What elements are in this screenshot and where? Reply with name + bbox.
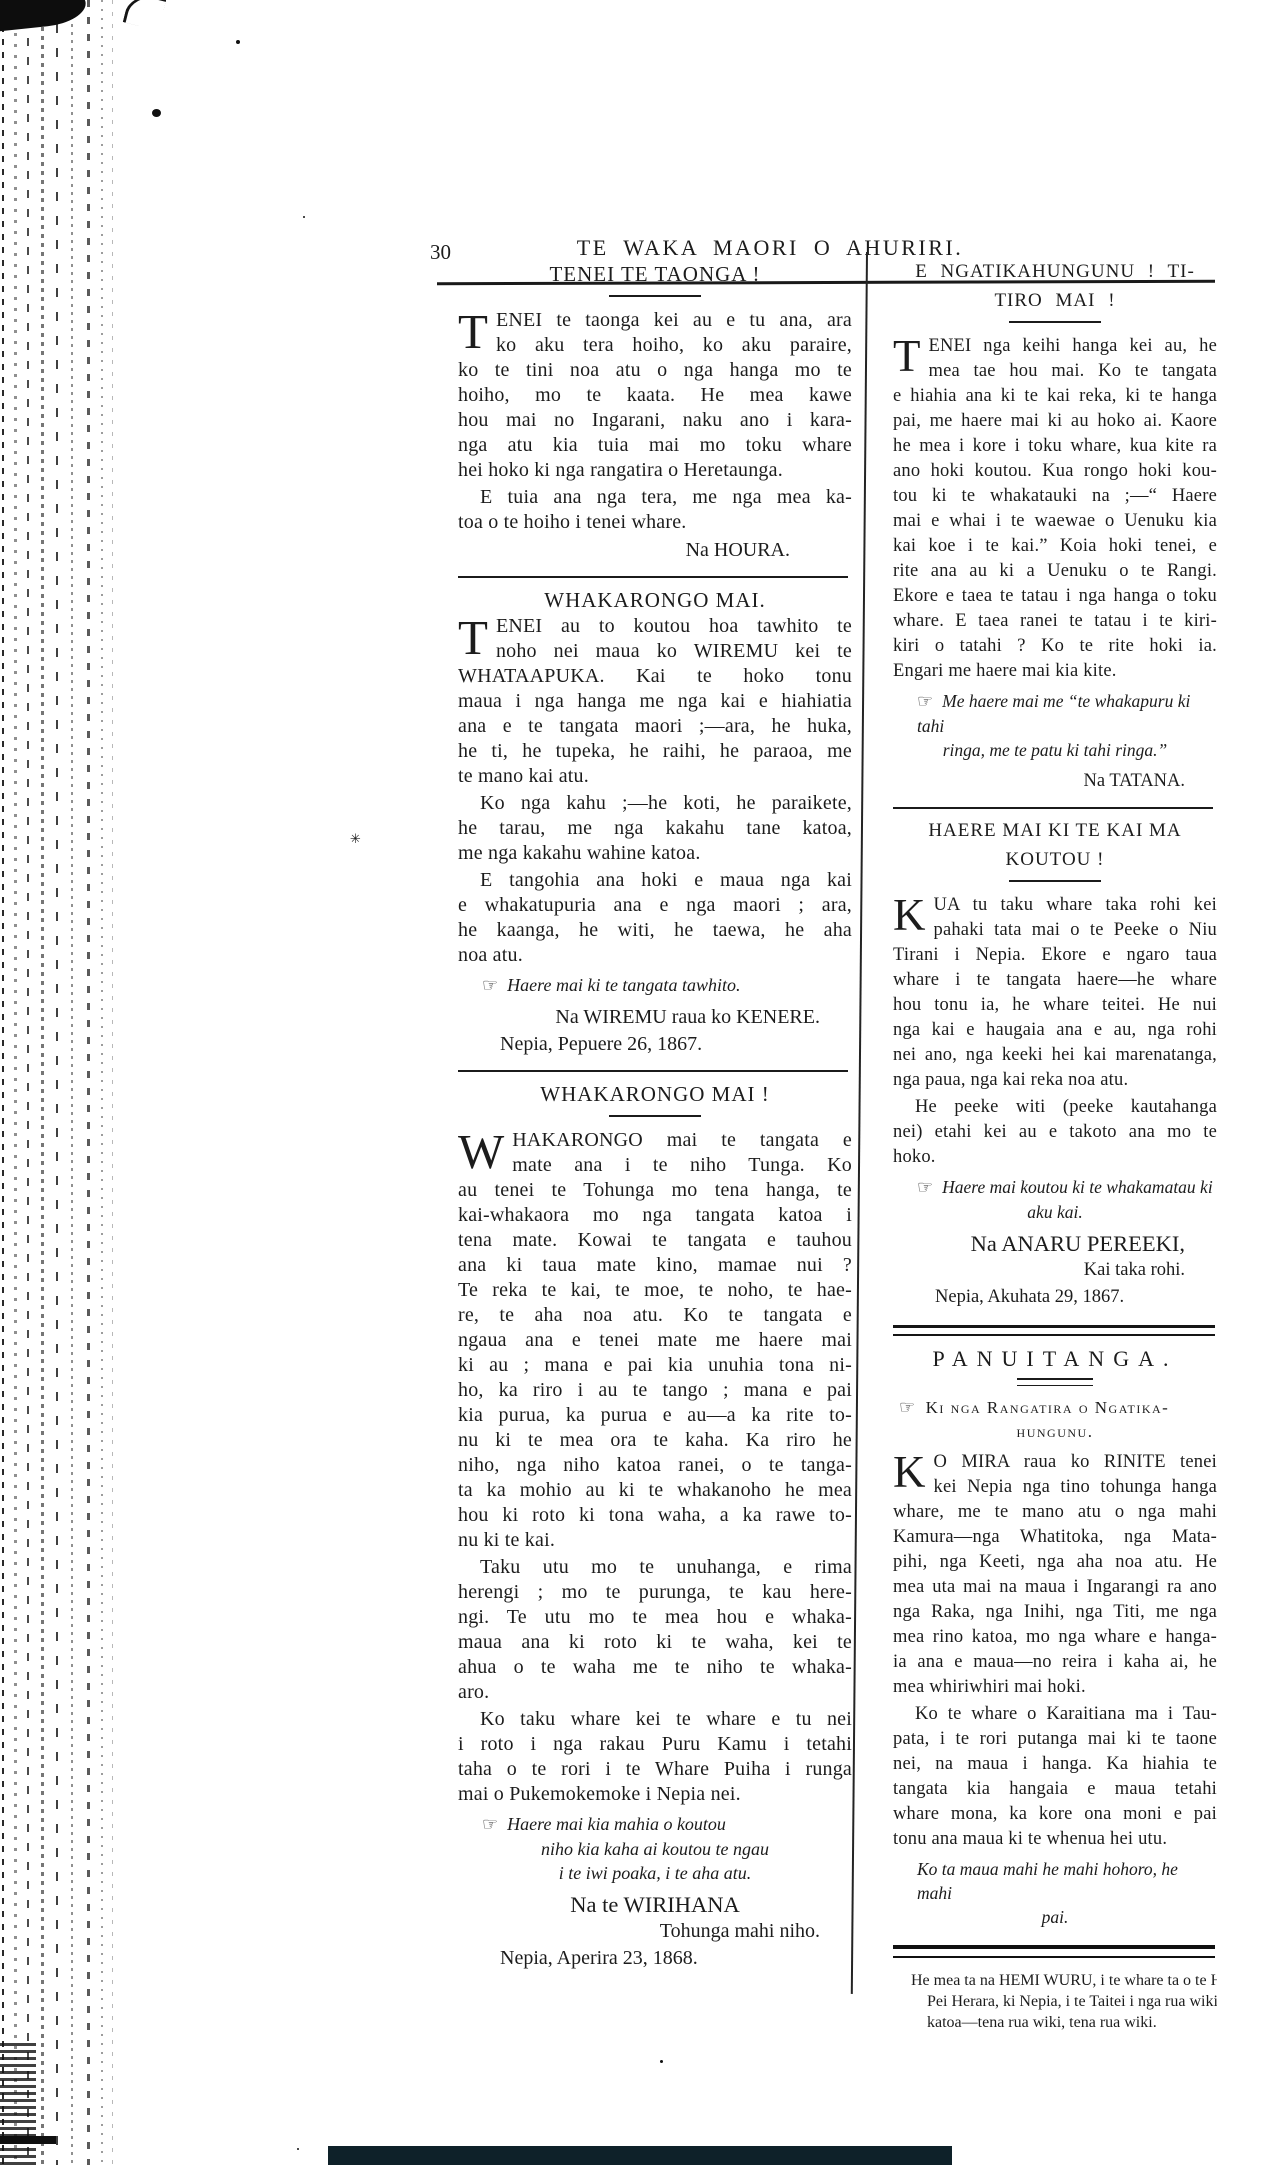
signature-line: Nepia, Pepuere 26, 1867. [458,1031,852,1058]
text-line: ENEI au to koutou hoa tawhito te [496,614,852,639]
binding-streak [101,0,103,2165]
imprint-line: Pei Herara, ki Nepia, i te Taitei i nga … [911,1991,1217,2012]
note-line: ☞Haere mai ki te tangata tawhito. [458,973,852,998]
paragraph: E tuia ana nga tera, me nga mea ka-toa o… [458,485,852,535]
paragraph: Taku utu mo te unuhanga, e rimaherengi ;… [458,1555,852,1705]
note-text: aku kai. [1027,1202,1082,1222]
text-line: toa o te hoiho i tenei whare. [458,510,852,535]
text-line: tena mate. Kowai te tangata e tauhou [458,1228,852,1253]
text-line: hou mai no Ingarani, naku ano i kara- [458,408,852,433]
manicule-icon: ☞ [482,975,498,996]
text-line: tangata kia hangaia e maua tetahi [893,1777,1217,1802]
note-text: niho kia kaha ai koutou te ngau [541,1839,769,1859]
section-divider-rule [458,1070,848,1072]
article-heading: WHAKARONGO MAI ! [458,1081,852,1108]
article-heading: HAERE MAI KI TE KAI MA [893,818,1217,844]
text-line: hei hoko ki nga rangatira o Heretaunga. [458,458,852,483]
text-line: nei, na maua i hanga. Ka hiahia te [893,1752,1217,1777]
note-text: Me haere mai me “te whakapuru ki tahi [917,691,1190,736]
note-text: Haere mai koutou ki te whakamatau ki [942,1177,1213,1197]
hand-note: ☞Haere mai koutou ki te whakamatau kiaku… [893,1175,1217,1224]
text-line: noho nei maua ko WIREMU kei te [496,639,852,664]
text-line: ana e te tangata maori ;—ara, he huka, [458,714,852,739]
text-line: te mano kai atu. [458,764,852,789]
text-line: mea whiriwhiri mai hoki. [893,1675,1217,1700]
text-line: taha o te rori i te Whare Puiha i runga [458,1757,852,1782]
margin-asterisk-mark: ✳ [350,832,361,847]
text-line: Taku utu mo te unuhanga, e rima [458,1555,852,1580]
hand-note: ☞Haere mai ki te tangata tawhito. [458,973,852,998]
text-line: HAKARONGO mai te tangata e [512,1128,852,1153]
binding-streak [71,0,73,2165]
binding-streak [112,0,113,2165]
note-line: aku kai. [893,1200,1217,1224]
paragraph: KO MIRA raua ko RINITE teneikei Nepia ng… [893,1450,1217,1700]
text-line: mai e whai i te waewae o Uenuku kia [893,509,1217,534]
text-line: tou ki te whakatauki na ;—“ Haere [893,484,1217,509]
manicule-icon: ☞ [917,691,933,712]
signature-line: Na ANARU PEREEKI, [893,1230,1217,1257]
text-line: he kaanga, he witi, he taewa, he aha [458,918,852,943]
text-line: he ti, he tupeka, he raihi, he paraoa, m… [458,739,852,764]
note-line: ringa, me te patu ki tahi ringa.” [893,738,1217,762]
paragraph: Ko taku whare kei te whare e tu neii rot… [458,1707,852,1807]
drop-cap: T [893,336,921,382]
text-line: nga Raka, nga Inihi, nga Titi, me nga [893,1600,1217,1625]
ink-speck [297,2148,299,2150]
text-line: ngi. Te utu mo te mea hou e whaka- [458,1605,852,1630]
note-line: pai. [893,1905,1217,1929]
text-line: noa atu. [458,943,852,968]
column-divider-rule [851,252,868,1994]
ink-speck [303,216,305,218]
note-line: Ko ta maua mahi he mahi hohoro, he mahi [893,1857,1217,1905]
hand-note: ☞Ki nga Rangatira o Ngatika-hungunu. [893,1396,1217,1444]
article-heading: WHAKARONGO MAI. [458,587,852,614]
hand-note: ☞Me haere mai me “te whakapuru ki tahiri… [893,689,1217,762]
note-line: ☞Haere mai kia mahia o koutou [458,1812,852,1837]
paragraph: TENEI te taonga kei au e tu ana, arako a… [458,308,852,483]
text-line: maua i nga hanga me nga kai e hiahiatia [458,689,852,714]
text-line: he tarau, me nga kakahu tane katoa, [458,816,852,841]
text-line: niho, nga niho katoa ranei, o te tanga- [458,1453,852,1478]
paragraph: E tangohia ana hoki e maua nga kaie whak… [458,868,852,968]
text-line: kai koe i te kai.” Koia hoki tenei, e [893,534,1217,559]
note-line: ☞Haere mai koutou ki te whakamatau ki [893,1175,1217,1200]
text-line: mea rino katoa, mo nga whare e hanga- [893,1625,1217,1650]
note-text: Haere mai ki te tangata tawhito. [507,975,740,995]
note-line: ☞Ki nga Rangatira o Ngatika- [893,1396,1217,1420]
text-line: au tenei te Tohunga mo tena hanga, te [458,1178,852,1203]
note-line: niho kia kaha ai koutou te ngau [458,1837,852,1861]
text-line: nu ki te kai. [458,1528,852,1553]
text-line: Ekore e taea te tatau i nga hanga o toku [893,584,1217,609]
imprint-note: He mea ta na HEMI WURU, i te whare ta o … [911,1970,1217,2033]
signature-line: Nepia, Akuhata 29, 1867. [893,1284,1217,1311]
text-line: Engari me haere mai kia kite. [893,659,1217,684]
text-line: ta ka mohio au ki te whakanoho he mea [458,1478,852,1503]
note-text: pai. [1042,1907,1069,1927]
drop-cap: T [458,310,488,358]
text-line: nga atu kia tuia mai mo toku whare [458,433,852,458]
text-line: nga paua, nga kai reka noa atu. [893,1068,1217,1093]
drop-cap: W [458,1130,504,1178]
signature-line: Na WIREMU raua ko KENERE. [458,1004,852,1031]
text-line: he mea i kore i toku whare, kua kite ra [893,434,1217,459]
text-line: Kamura—nga Whatitoka, nga Mata- [893,1525,1217,1550]
binding-streak [56,0,58,2165]
signature-line: Na HOURA. [458,537,852,564]
binding-streak [41,0,44,2165]
section-divider-rule [893,1945,1215,1958]
note-text: Ki nga Rangatira o Ngatika- [926,1398,1170,1417]
manicule-icon: ☞ [482,1814,498,1835]
text-line: mai o Pukemokemoke i Nepia nei. [458,1782,852,1807]
text-line: pata, i te rori putanga mai ki te taone [893,1727,1217,1752]
paragraph: KUA tu taku whare taka rohi keipahaki ta… [893,893,1217,1093]
left-column: TENEI TE TAONGA !TENEI te taonga kei au … [458,258,852,1972]
text-line: hou tonu ia, he whare teitei. He nui [893,993,1217,1018]
text-line: re, te aha noa atu. Ko te tangata e [458,1303,852,1328]
note-line: hungunu. [893,1420,1217,1444]
signature-line: Nepia, Aperira 23, 1868. [458,1945,852,1972]
signature-line: Na te WIRIHANA [458,1891,852,1918]
hand-note: ☞Haere mai kia mahia o koutouniho kia ka… [458,1812,852,1885]
text-line: nga kai e haugaia ana e au, nga rohi [893,1018,1217,1043]
text-line: herengi ; mo te purunga, te kau here- [458,1580,852,1605]
article-heading: PANUITANGA. [893,1346,1217,1372]
text-line: pahaki tata mai o te Peeke o Niu [934,918,1218,943]
text-line: hou ki roto ki tona waha, a ka rawe to- [458,1503,852,1528]
text-line: ana ki taua mate kino, mamae nui ? [458,1253,852,1278]
article-heading: TENEI TE TAONGA ! [458,261,852,288]
text-line: WHATAAPUKA. Kai te hoko tonu [458,664,852,689]
heading-underline-rule [1017,1378,1093,1386]
text-line: whare. E taea ranei te tatau i te kiri- [893,609,1217,634]
text-line: e hiahia ana ki te kai reka, ki te hanga [893,384,1217,409]
text-line: ki au ; mana e pai kia unuhia tona ni- [458,1353,852,1378]
ink-speck [236,40,240,44]
page-number: 30 [430,240,451,265]
text-line: hoiho, mo te kaata. He mea kawe [458,383,852,408]
binding-streak [87,0,90,2165]
manicule-icon: ☞ [899,1397,917,1418]
text-line: nei) etahi kei au e takoto ana mo te [893,1120,1217,1145]
paragraph: WHAKARONGO mai te tangata emate ana i te… [458,1128,852,1553]
imprint-line: katoa—tena rua wiki, tena rua wiki. [911,2012,1217,2033]
drop-cap: T [458,616,488,664]
text-line: kai-whakaora mo nga tangata katoa i [458,1203,852,1228]
scanned-newspaper-page: ✳ 30 TE WAKA MAORI O AHURIRI. TENEI TE T… [0,0,1280,2165]
hand-note: Ko ta maua mahi he mahi hohoro, he mahip… [893,1857,1217,1929]
text-line: mea uta mai na maua i Ingarangi ra ano [893,1575,1217,1600]
text-line: ia ana e maua—no reira i kaha ai, he [893,1650,1217,1675]
text-line: mea tae hou mai. Ko te tangata [929,359,1218,384]
imprint-line: He mea ta na HEMI WURU, i te whare ta o … [911,1970,1217,1991]
text-line: ko aku tera hoiho, ko aku paraire, [496,333,852,358]
paragraph: Ko te whare o Karaitiana ma i Tau-pata, … [893,1702,1217,1852]
drop-cap: K [893,1452,926,1498]
text-line: kei Nepia nga tino tohunga hanga [934,1475,1218,1500]
heading-underline-rule [1009,880,1101,882]
text-line: ngaua ana e tenei mate me haere mai [458,1328,852,1353]
text-line: Ko taku whare kei te whare e tu nei [458,1707,852,1732]
text-line: i roto i nga rakau Puru Kamu i tetahi [458,1732,852,1757]
note-text: ringa, me te patu ki tahi ringa.” [943,740,1168,760]
text-line: Ko te whare o Karaitiana ma i Tau- [893,1702,1217,1727]
right-column: E NGATIKAHUNGUNU ! TI-TIRO MAI !TENEI ng… [893,256,1217,2033]
ink-speck [660,2060,663,2063]
text-line: nu ki te mea ora te kaha. Ka riro he [458,1428,852,1453]
scan-bottom-bar [328,2146,952,2165]
section-divider-rule [893,1325,1215,1336]
binding-streak [14,0,17,2165]
article-heading: E NGATIKAHUNGUNU ! TI- [893,259,1217,285]
text-line: O MIRA raua ko RINITE tenei [934,1450,1218,1475]
text-line: kia purua, ka purua e au—a ka rite to- [458,1403,852,1428]
signature-line: Kai taka rohi. [893,1257,1217,1284]
signature-line: Na TATANA. [893,768,1217,795]
text-line: me nga kakahu wahine katoa. [458,841,852,866]
text-line: pai, me haere mai ki au hoko ai. Kaore [893,409,1217,434]
text-line: rite ana au ki a Uenuku o te Rangi. [893,559,1217,584]
ink-speck [152,109,161,117]
text-line: ko te tini noa atu o nga hanga mo te [458,358,852,383]
text-line: whare mona, ka kore ona moni e pai [893,1802,1217,1827]
text-line: ahua o te waha me te niho te whaka- [458,1655,852,1680]
section-divider-rule [893,807,1213,809]
article-heading: KOUTOU ! [893,847,1217,873]
text-line: E tangohia ana hoki e maua nga kai [458,868,852,893]
text-line: ENEI te taonga kei au e tu ana, ara [496,308,852,333]
text-line: mate ana i te niho Tunga. Ko [512,1153,852,1178]
text-line: UA tu taku whare taka rohi kei [934,893,1218,918]
text-line: E tuia ana nga tera, me nga mea ka- [458,485,852,510]
text-line: ano hoki koutou. Kua rongo hoki kou- [893,459,1217,484]
text-line: aro. [458,1680,852,1705]
binding-noise-band [0,0,120,2165]
heading-underline-rule [609,295,701,297]
binding-streak [27,0,29,2165]
paragraph: He peeke witi (peeke kautahanganei) etah… [893,1095,1217,1170]
note-text: i te iwi poaka, i te aha atu. [559,1863,751,1883]
heading-underline-rule [609,1115,701,1117]
signature-line: Tohunga mahi niho. [458,1918,852,1945]
binding-streak [2,0,4,2165]
note-text: Ko ta maua mahi he mahi hohoro, he mahi [917,1859,1178,1903]
note-line: ☞Me haere mai me “te whakapuru ki tahi [893,689,1217,738]
edge-line-mark [0,2136,56,2144]
text-line: He peeke witi (peeke kautahanga [893,1095,1217,1120]
text-line: whare, me te mano atu o nga mahi [893,1500,1217,1525]
text-line: kiri o tatahi ? Ko te rite hoki ia. [893,634,1217,659]
corner-smudge [0,2040,36,2165]
heading-underline-rule [1009,321,1101,323]
paragraph: TENEI au to koutou hoa tawhito tenoho ne… [458,614,852,789]
note-text: Haere mai kia mahia o koutou [507,1814,726,1834]
drop-cap: K [893,895,926,941]
section-divider-rule [458,576,848,578]
text-line: ENEI nga keihi hanga kei au, he [929,334,1218,359]
text-line: maua ana ki roto ki te waha, kei te [458,1630,852,1655]
text-line: tonu ana maua ki te whenua hei utu. [893,1827,1217,1852]
note-text: hungunu. [1017,1422,1094,1441]
text-line: e whakatupuria ana e nga maori ; ara, [458,893,852,918]
paragraph: TENEI nga keihi hanga kei au, hemea tae … [893,334,1217,684]
manicule-icon: ☞ [917,1177,933,1198]
text-line: whare i te tangata haere—he whare [893,968,1217,993]
text-line: ho, ka riro i au te tango ; mana e pai [458,1378,852,1403]
paragraph: Ko nga kahu ;—he koti, he paraikete,he t… [458,791,852,866]
text-line: nei ano, nga keeki hei kai marenatanga, [893,1043,1217,1068]
text-line: hoko. [893,1145,1217,1170]
pen-stroke-mark [123,0,167,31]
text-line: Tirani i Nepia. Ekore e ngaro taua [893,943,1217,968]
text-line: Te reka te kai, te moe, te noho, te hae- [458,1278,852,1303]
text-line: Ko nga kahu ;—he koti, he paraikete, [458,791,852,816]
note-line: i te iwi poaka, i te aha atu. [458,1861,852,1885]
article-heading: TIRO MAI ! [893,288,1217,314]
text-line: pihi, nga Keeti, nga aha noa atu. He [893,1550,1217,1575]
